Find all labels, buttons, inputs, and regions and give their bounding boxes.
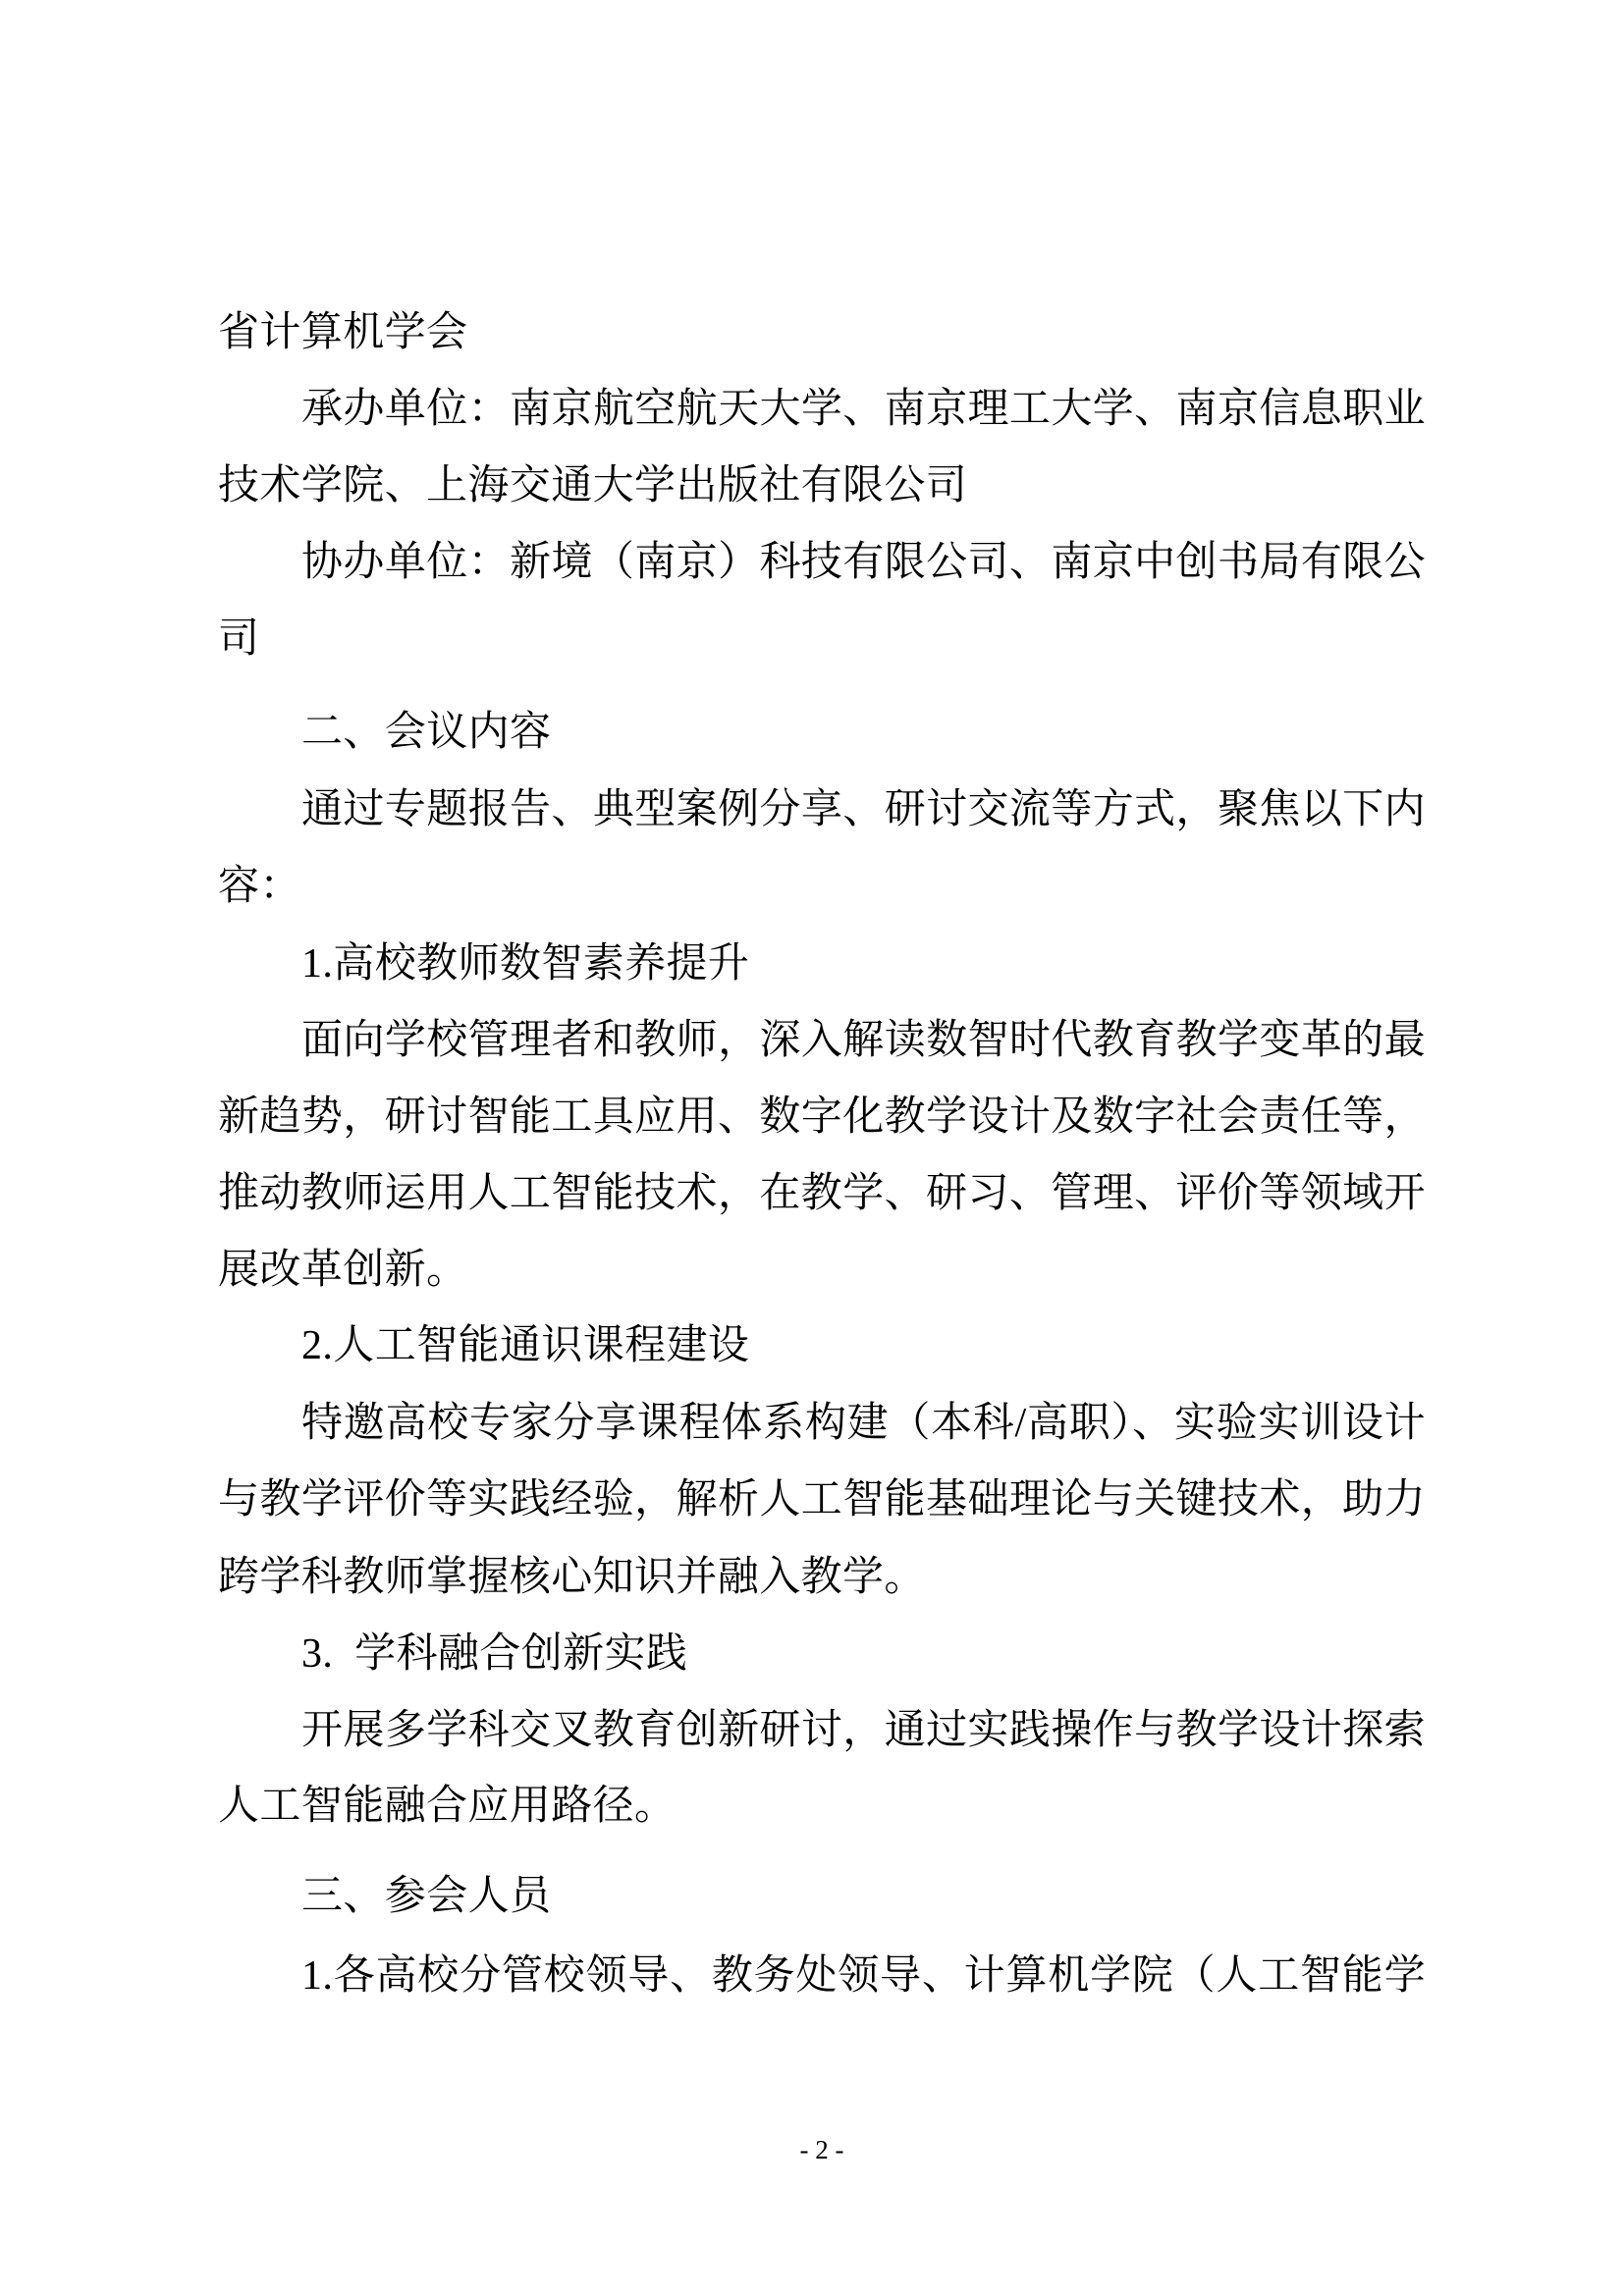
participants-paragraph-line: 1.各高校分管校领导、教务处领导、计算机学院（人工智能学 xyxy=(218,1938,1426,2014)
intro-paragraph-line: 通过专题报告、典型案例分享、研讨交流等方式，聚焦以下内 xyxy=(218,772,1426,848)
subheading-teacher-literacy: 1.高校教师数智素养提升 xyxy=(218,926,1426,1002)
ai-course-paragraph-line: 与教学评价等实践经验，解析人工智能基础理论与关键技术，助力 xyxy=(218,1462,1426,1538)
section-heading-participants: 三、参会人员 xyxy=(218,1858,1426,1935)
ai-course-paragraph-line: 特邀高校专家分享课程体系构建（本科/高职）、实验实训设计 xyxy=(218,1385,1426,1462)
organizer-paragraph-line: 技术学院、上海交通大学出版社有限公司 xyxy=(218,448,1426,524)
section-heading-meeting-content: 二、会议内容 xyxy=(218,694,1426,771)
co-organizer-paragraph-line: 司 xyxy=(218,601,1426,677)
subheading-ai-course: 2.人工智能通识课程建设 xyxy=(218,1308,1426,1384)
interdisciplinary-paragraph-line: 开展多学科交叉教育创新研讨，通过实践操作与教学设计探索 xyxy=(218,1692,1426,1769)
teacher-literacy-paragraph-line: 展改革创新。 xyxy=(218,1232,1426,1308)
teacher-literacy-paragraph-line: 推动教师运用人工智能技术，在教学、研习、管理、评价等领域开 xyxy=(218,1155,1426,1232)
continuation-text: 省计算机学会 xyxy=(218,294,1426,371)
subheading-interdisciplinary: 3. 学科融合创新实践 xyxy=(218,1616,1426,1692)
interdisciplinary-paragraph-line: 人工智能融合应用路径。 xyxy=(218,1768,1426,1844)
ai-course-paragraph-line: 跨学科教师掌握核心知识并融入教学。 xyxy=(218,1539,1426,1616)
intro-paragraph-line: 容： xyxy=(218,848,1426,925)
teacher-literacy-paragraph-line: 新趋势，研讨智能工具应用、数字化教学设计及数字社会责任等， xyxy=(218,1079,1426,1155)
page-number: - 2 - xyxy=(218,2134,1426,2165)
co-organizer-paragraph-line: 协办单位：新境（南京）科技有限公司、南京中创书局有限公 xyxy=(218,524,1426,601)
teacher-literacy-paragraph-line: 面向学校管理者和教师，深入解读数智时代教育教学变革的最 xyxy=(218,1002,1426,1079)
organizer-paragraph-line: 承办单位：南京航空航天大学、南京理工大学、南京信息职业 xyxy=(218,371,1426,448)
document-page: 省计算机学会 承办单位：南京航空航天大学、南京理工大学、南京信息职业 技术学院、… xyxy=(0,0,1624,2296)
